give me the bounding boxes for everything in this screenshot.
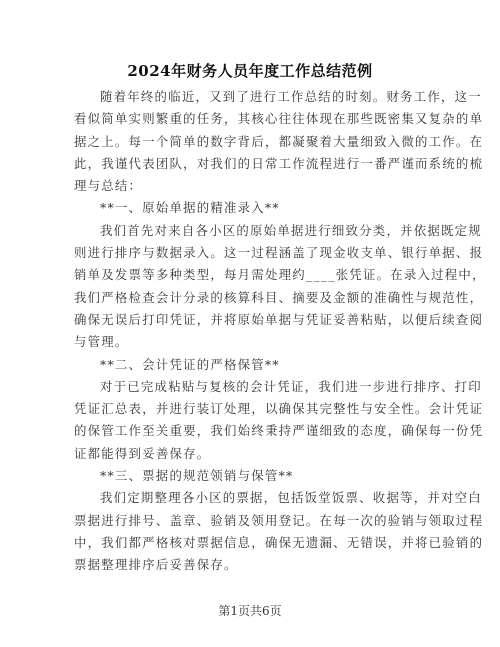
paragraph-line: 与管理。: [74, 331, 428, 353]
paragraph-line: 理与总结：: [74, 175, 428, 197]
paragraph-line: 此，我谨代表团队，对我们的日常工作流程进行一番严谨而系统的梳: [74, 153, 428, 175]
paragraph-line: 看似简单实则繁重的任务，其核心往往体现在那些既密集又复杂的单: [74, 108, 428, 130]
document-page: 2024年财务人员年度工作总结范例 随着年终的临近，又到了进行工作总结的时刻。财…: [0, 0, 500, 647]
page-number: 第1页共6页: [0, 602, 500, 619]
paragraph-line: 票据进行排号、盖章、验销及领用登记。在每一次的验销与领取过程: [74, 510, 428, 532]
paragraph-line: 我们首先对来自各小区的原始单据进行细致分类，并依据既定规: [74, 220, 428, 242]
paragraph-line: 中，我们都严格核对票据信息，确保无遗漏、无错误，并将已验销的: [74, 532, 428, 554]
paragraph-line: 销单及发票等多种类型，每月需处理约____张凭证。在录入过程中，: [74, 264, 428, 286]
paragraph-line: 的保管工作至关重要，我们始终秉持严谨细致的态度，确保每一份凭: [74, 420, 428, 442]
paragraph-line: 我们严格检查会计分录的核算科目、摘要及金额的准确性与规范性，: [74, 287, 428, 309]
section-heading-3: **三、票据的规范领销与保管**: [74, 465, 428, 487]
paragraph-line: 据之上。每一个简单的数字背后，都凝聚着大量细致入微的工作。在: [74, 131, 428, 153]
section-heading-2: **二、会计凭证的严格保管**: [74, 354, 428, 376]
paragraph-line: 票据整理排序后妥善保存。: [74, 554, 428, 576]
paragraph-line: 凭证汇总表，并进行装订处理，以确保其完整性与安全性。会计凭证: [74, 398, 428, 420]
paragraph-line: 证都能得到妥善保存。: [74, 443, 428, 465]
paragraph-line: 对于已完成粘贴与复核的会计凭证，我们进一步进行排序、打印: [74, 376, 428, 398]
paragraph-line: 我们定期整理各小区的票据，包括饭堂饭票、收据等，并对空白: [74, 487, 428, 509]
section-heading-1: **一、原始单据的精准录入**: [74, 197, 428, 219]
document-title: 2024年财务人员年度工作总结范例: [0, 60, 500, 81]
paragraph-line: 则进行排序与数据录入。这一过程涵盖了现金收支单、银行单据、报: [74, 242, 428, 264]
paragraph-line: 随着年终的临近，又到了进行工作总结的时刻。财务工作，这一: [74, 86, 428, 108]
paragraph-line: 确保无误后打印凭证，并将原始单据与凭证妥善粘贴，以便后续查阅: [74, 309, 428, 331]
document-body: 随着年终的临近，又到了进行工作总结的时刻。财务工作，这一 看似简单实则繁重的任务…: [74, 86, 428, 577]
